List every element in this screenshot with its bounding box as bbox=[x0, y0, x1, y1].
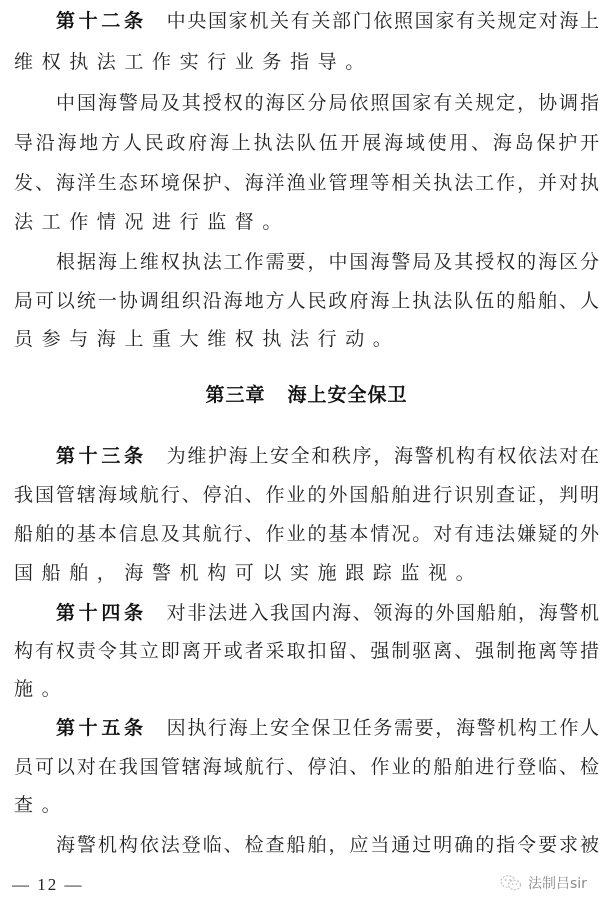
wechat-icon bbox=[500, 874, 522, 892]
line-text: 导沿海地方人民政府海上执法队伍开展海域使用、海岛保护开 bbox=[14, 132, 599, 154]
paragraph-line: 员参与海上重大维权执法行动。 bbox=[14, 324, 599, 354]
paragraph-line: 第十二条中央国家机关有关部门依照国家有关规定对海上 bbox=[56, 6, 599, 36]
paragraph-line: 根据海上维权执法工作需要，中国海警局及其授权的海区分 bbox=[56, 247, 599, 277]
line-text: 查。 bbox=[14, 794, 69, 816]
line-text: 员参与海上重大维权执法行动。 bbox=[14, 328, 400, 350]
paragraph-line: 国船舶，海警机构可以实施跟踪监视。 bbox=[14, 558, 599, 588]
line-text: 维权执法工作实行业务指导。 bbox=[14, 51, 373, 73]
watermark-text: 法制吕sir bbox=[528, 873, 587, 893]
paragraph-line: 我国管辖海域航行、停泊、作业的外国船舶进行识别查证，判明 bbox=[14, 480, 599, 510]
page-number: — 12 — bbox=[12, 872, 84, 898]
line-text: 因执行海上安全保卫任务需要，海警机构工作人 bbox=[167, 717, 599, 739]
line-text: 局可以统一协调组织沿海地方人民政府海上执法队伍的船舶、人 bbox=[14, 290, 599, 312]
paragraph-line: 发、海洋生态环境保护、海洋渔业管理等相关执法工作，并对执 bbox=[14, 168, 599, 198]
line-text: 施。 bbox=[14, 678, 69, 700]
watermark: 法制吕sir bbox=[500, 870, 587, 896]
paragraph-line: 构有权责令其立即离开或者采取扣留、强制驱离、强制拖离等措 bbox=[14, 636, 599, 666]
article-number: 第十三条 bbox=[56, 445, 147, 467]
line-text: 中国海警局及其授权的海区分局依照国家有关规定，协调指 bbox=[56, 92, 599, 114]
line-text: 根据海上维权执法工作需要，中国海警局及其授权的海区分 bbox=[56, 251, 599, 273]
line-text: 员可以对在我国管辖海域航行、停泊、作业的船舶进行登临、检 bbox=[14, 756, 599, 778]
line-text: 船舶的基本信息及其航行、作业的基本情况。对有违法嫌疑的外 bbox=[14, 523, 599, 545]
paragraph-line: 第十三条为维护海上安全和秩序，海警机构有权依法对在 bbox=[56, 441, 599, 471]
article-number: 第十五条 bbox=[56, 717, 147, 739]
line-text: 对非法进入我国内海、领海的外国船舶，海警机 bbox=[167, 602, 599, 624]
paragraph-line: 船舶的基本信息及其航行、作业的基本情况。对有违法嫌疑的外 bbox=[14, 519, 599, 549]
paragraph-line: 维权执法工作实行业务指导。 bbox=[14, 47, 599, 77]
article-number: 第十四条 bbox=[56, 602, 147, 624]
paragraph-line: 第十五条因执行海上安全保卫任务需要，海警机构工作人 bbox=[56, 713, 599, 743]
paragraph-line: 查。 bbox=[14, 790, 599, 820]
paragraph-line: 员可以对在我国管辖海域航行、停泊、作业的船舶进行登临、检 bbox=[14, 752, 599, 782]
chapter-heading: 第三章海上安全保卫 bbox=[0, 380, 613, 410]
line-text: 为维护海上安全和秩序，海警机构有权依法对在 bbox=[167, 445, 599, 467]
line-text: 我国管辖海域航行、停泊、作业的外国船舶进行识别查证，判明 bbox=[14, 484, 599, 506]
line-text: 国船舶，海警机构可以实施跟踪监视。 bbox=[14, 562, 483, 584]
paragraph-line: 中国海警局及其授权的海区分局依照国家有关规定，协调指 bbox=[56, 88, 599, 118]
paragraph-line: 导沿海地方人民政府海上执法队伍开展海域使用、海岛保护开 bbox=[14, 128, 599, 158]
line-text: 发、海洋生态环境保护、海洋渔业管理等相关执法工作，并对执 bbox=[14, 172, 599, 194]
line-text: 构有权责令其立即离开或者采取扣留、强制驱离、强制拖离等措 bbox=[14, 640, 599, 662]
chapter-title: 海上安全保卫 bbox=[288, 384, 408, 406]
paragraph-line: 局可以统一协调组织沿海地方人民政府海上执法队伍的船舶、人 bbox=[14, 286, 599, 316]
line-text: 法工作情况进行监督。 bbox=[14, 211, 290, 233]
paragraph-line: 海警机构依法登临、检查船舶，应当通过明确的指令要求被 bbox=[56, 830, 599, 860]
article-number: 第十二条 bbox=[56, 10, 147, 32]
paragraph-line: 施。 bbox=[14, 674, 599, 704]
chapter-number: 第三章 bbox=[205, 384, 265, 406]
line-text: 中央国家机关有关部门依照国家有关规定对海上 bbox=[167, 10, 599, 32]
paragraph-line: 法工作情况进行监督。 bbox=[14, 207, 599, 237]
paragraph-line: 第十四条对非法进入我国内海、领海的外国船舶，海警机 bbox=[56, 598, 599, 628]
line-text: 海警机构依法登临、检查船舶，应当通过明确的指令要求被 bbox=[56, 834, 599, 856]
